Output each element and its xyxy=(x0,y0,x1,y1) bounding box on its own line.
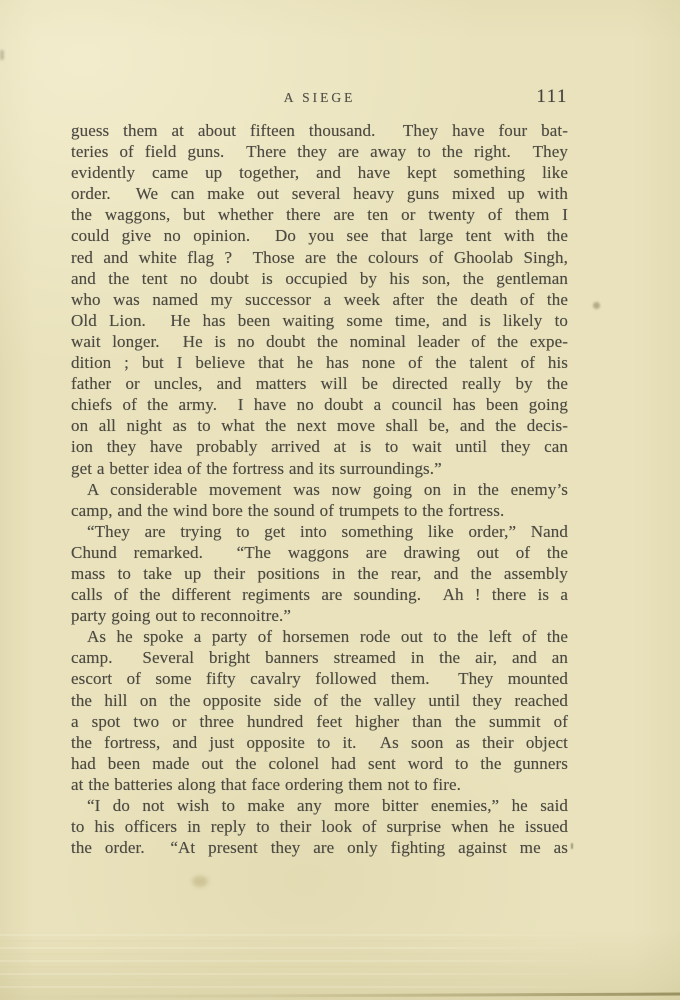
scanned-book-page-screenshot: { "page": { "header": { "running_title":… xyxy=(0,0,680,1000)
text-line: the hill on the opposite side of the val… xyxy=(71,690,568,711)
text-line: a spot two or three hundred feet higher … xyxy=(71,711,568,732)
running-title: A SIEGE xyxy=(71,90,568,106)
body-text-block: guess them at about fifteen thousand. Th… xyxy=(71,120,568,858)
text-line: order. We can make out several heavy gun… xyxy=(71,183,568,204)
foxing-spot xyxy=(593,302,600,309)
text-line: camp, and the wind bore the sound of tru… xyxy=(71,500,568,521)
page-header: A SIEGE 111 xyxy=(71,86,568,110)
text-line: teries of field guns. There they are awa… xyxy=(71,141,568,162)
text-line: dition ; but I believe that he has none … xyxy=(71,352,568,373)
text-line: Old Lion. He has been waiting some time,… xyxy=(71,310,568,331)
text-line: calls of the different regiments are sou… xyxy=(71,584,568,605)
text-line: red and white flag ? Those are the colou… xyxy=(71,247,568,268)
text-line: wait longer. He is no doubt the nominal … xyxy=(71,331,568,352)
book-page: A SIEGE 111 guess them at about fifteen … xyxy=(0,0,680,1000)
text-line: camp. Several bright banners streamed in… xyxy=(71,647,568,668)
scan-streaks xyxy=(0,934,600,992)
text-line: and the tent no doubt is occupied by his… xyxy=(71,268,568,289)
text-line: ion they have probably arrived at is to … xyxy=(71,436,568,457)
text-line: “They are trying to get into something l… xyxy=(71,521,568,542)
text-line: had been made out the colonel had sent w… xyxy=(71,753,568,774)
stray-ink-tick xyxy=(571,843,573,849)
text-line: evidently came up together, and have kep… xyxy=(71,162,568,183)
text-line: father or uncles, and matters will be di… xyxy=(71,373,568,394)
text-line: A considerable movement was now going on… xyxy=(71,479,568,500)
text-line: escort of some fifty cavalry followed th… xyxy=(71,668,568,689)
text-line: the order. “At present they are only fig… xyxy=(71,837,568,858)
text-line: As he spoke a party of horsemen rode out… xyxy=(71,626,568,647)
text-line: who was named my successor a week after … xyxy=(71,289,568,310)
page-number: 111 xyxy=(536,86,568,108)
text-line: party going out to reconnoitre.” xyxy=(71,605,568,626)
text-line: mass to take up their positions in the r… xyxy=(71,563,568,584)
page-bottom-edge-shadow xyxy=(0,992,680,998)
text-line: guess them at about fifteen thousand. Th… xyxy=(71,120,568,141)
text-line: to his officers in reply to their look o… xyxy=(71,816,568,837)
text-line: “I do not wish to make any more bitter e… xyxy=(71,795,568,816)
text-line: the fortress, and just opposite to it. A… xyxy=(71,732,568,753)
text-line: the waggons, but whether there are ten o… xyxy=(71,204,568,225)
text-line: could give no opinion. Do you see that l… xyxy=(71,225,568,246)
text-line: chiefs of the army. I have no doubt a co… xyxy=(71,394,568,415)
text-line: at the batteries along that face orderin… xyxy=(71,774,568,795)
text-line: Chund remarked. “The waggons are drawing… xyxy=(71,542,568,563)
text-line: on all night as to what the next move sh… xyxy=(71,415,568,436)
paper-smudge xyxy=(192,876,208,887)
left-edge-mark xyxy=(0,50,4,60)
text-line: get a better idea of the fortress and it… xyxy=(71,458,568,479)
